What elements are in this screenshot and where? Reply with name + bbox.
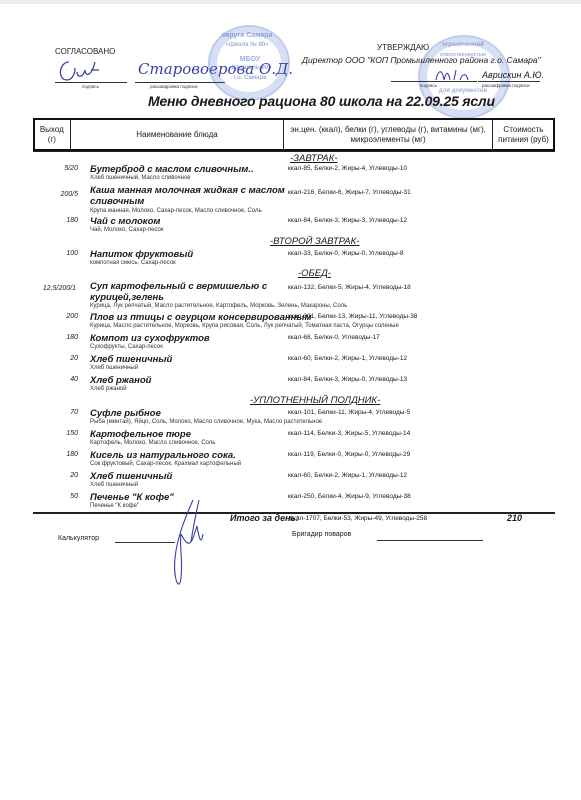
item-ingredients: Печенье "К кофе" — [90, 503, 139, 509]
item-ingredients: Хлеб ржаной — [90, 386, 127, 392]
item-name: Хлеб пшеничный — [90, 354, 320, 365]
item-ingredients: Хлеб пшеничный, Масло сливочное — [90, 175, 191, 181]
document-title: Меню дневного рациона 80 школа на 22.09.… — [148, 93, 495, 109]
item-nutrition: ккал-60, Белки-2, Жиры-1, Углеводы-12 — [288, 472, 407, 479]
chef-signature-line — [377, 540, 483, 541]
item-output: 70 — [30, 409, 78, 416]
item-ingredients: Картофель, Молоко, Масло сливочное, Соль — [90, 440, 215, 446]
item-nutrition: ккал-132, Белки-5, Жиры-4, Углеводы-18 — [288, 284, 411, 291]
name-caption-right: расшифровка подписи — [482, 83, 529, 88]
item-name: Напиток фруктовый — [90, 249, 320, 260]
section-title-afternoon-snack: -УПЛОТНЕННЫЙ ПОЛДНИК- — [250, 395, 380, 406]
item-output: 50 — [30, 493, 78, 500]
item-nutrition: ккал-216, Белки-6, Жиры-7, Углеводы-31 — [288, 189, 411, 196]
item-ingredients: компотная смесь, Сахар-песок — [90, 260, 176, 266]
page-top-edge — [0, 0, 581, 4]
item-name: Компот из сухофруктов — [90, 333, 320, 344]
item-output: 100 — [30, 250, 78, 257]
item-name: Каша манная молочная жидкая с маслом сли… — [90, 185, 320, 207]
item-name: Чай с молоком — [90, 216, 320, 227]
school-stamp-text-2: «Школа № 80» — [212, 42, 282, 48]
item-ingredients: Курица, Лук репчатый, Масло растительное… — [90, 303, 347, 309]
name-caption-left: расшифровка подписи — [150, 84, 197, 89]
item-ingredients: Крупа манная, Молоко, Сахар-песок, Масло… — [90, 208, 262, 214]
item-name: Хлеб пшеничный — [90, 471, 320, 482]
name-line-right — [478, 81, 540, 82]
item-name: Бутерброд с маслом сливочным.. — [90, 164, 320, 175]
totals-label: Итого за день: — [230, 513, 299, 523]
header-output: Выход (г) — [34, 119, 71, 152]
item-nutrition: ккал-60, Белки-2, Жиры-1, Углеводы-12 — [288, 355, 407, 362]
signature-line-right — [391, 81, 477, 82]
item-nutrition: ккал-84, Белки-3, Жиры-0, Углеводы-13 — [288, 376, 407, 383]
section-title-breakfast: -ЗАВТРАК- — [290, 153, 338, 164]
calculator-label: Калькулятор — [58, 535, 99, 542]
menu-header-table: Выход (г) Наименование блюда эн.цен. (кк… — [33, 118, 555, 152]
item-output: 180 — [30, 217, 78, 224]
company-stamp-text-1: ограниченной — [425, 42, 501, 48]
director-name: Аврискин А.Ю. — [482, 70, 544, 80]
item-nutrition: ккал-114, Белки-3, Жиры-5, Углеводы-14 — [288, 430, 410, 437]
item-nutrition: ккал-119, Белки-0, Жиры-0, Углеводы-29 — [288, 451, 410, 458]
name-line-left — [135, 82, 225, 83]
totals-cost: 210 — [507, 513, 522, 523]
approval-left-heading: СОГЛАСОВАНО — [55, 47, 115, 56]
header-dish-name: Наименование блюда — [70, 119, 284, 152]
signature-caption-left: подпись — [82, 84, 99, 89]
item-ingredients: Сок фруктовый, Сахар-песок, Крахмал карт… — [90, 461, 241, 467]
item-nutrition: ккал-68, Белки-0, Углеводы-17 — [288, 334, 380, 341]
school-stamp-text-4: «Школа № 80» — [222, 65, 278, 71]
approval-right-heading: УТВЕРЖДАЮ — [377, 43, 429, 52]
item-nutrition: ккал-84, Белки-3, Жиры-3, Углеводы-12 — [288, 217, 407, 224]
item-output: 180 — [30, 451, 78, 458]
signature-line-left — [55, 82, 127, 83]
item-name: Суфле рыбное — [90, 408, 320, 419]
item-name: Кисель из натурального сока. — [90, 450, 320, 461]
item-ingredients: Сухофрукты, Сахар-песок — [90, 344, 163, 350]
header-cost: Стоимость питания (руб) — [492, 119, 554, 152]
school-stamp-text-3: МБОУ — [225, 56, 275, 63]
totals-nutrition: ккал-1707, Белки-53, Жиры-49, Углеводы-2… — [290, 515, 427, 522]
item-nutrition: ккал-301, Белки-13, Жиры-11, Углеводы-38 — [288, 313, 417, 320]
item-ingredients: Курица, Масло растительное, Морковь, Кру… — [90, 323, 399, 329]
item-ingredients: Чай, Молоко, Сахар-песок — [90, 227, 164, 233]
signature-caption-right: подпись — [420, 83, 437, 88]
chef-label: Бригадир поваров — [292, 531, 351, 538]
item-name: Хлеб ржаной — [90, 375, 320, 386]
item-name: Плов из птицы с огурцом консервированным — [90, 312, 290, 323]
school-stamp-text-1: округа Самара — [212, 32, 282, 39]
item-output: 200 — [30, 313, 78, 320]
item-output: 12,5/200/1 — [26, 284, 76, 293]
director-position: Директор ООО "КОП Промышленного района г… — [302, 55, 541, 65]
item-output: 20 — [30, 472, 78, 479]
item-name: Картофельное пюре — [90, 429, 320, 440]
item-output: 5/20 — [30, 165, 78, 172]
item-nutrition: ккал-85, Белки-2, Жиры-4, Углеводы-10 — [288, 165, 407, 172]
item-ingredients: Хлеб пшеничный — [90, 365, 138, 371]
item-output: 180 — [30, 334, 78, 341]
item-nutrition: ккал-33, Белки-0, Жиры-0, Углеводы-8 — [288, 250, 403, 257]
school-stamp-text-5: г.о. Самара — [222, 75, 278, 81]
item-ingredients: Рыба (минтай), Яйцо, Соль, Молоко, Масло… — [90, 419, 322, 425]
item-name: Суп картофельный с вермишелью с курицей,… — [90, 281, 320, 303]
item-output: 150 — [30, 430, 78, 437]
section-title-lunch: -ОБЕД- — [298, 268, 331, 279]
item-ingredients: Хлеб пшеничный — [90, 482, 138, 488]
item-output: 40 — [30, 376, 78, 383]
section-title-second-breakfast: -ВТОРОЙ ЗАВТРАК- — [270, 236, 359, 247]
item-nutrition: ккал-250, Белки-4, Жиры-9, Углеводы-38 — [288, 493, 411, 500]
item-output: 200/5 — [30, 191, 78, 198]
item-nutrition: ккал-101, Белки-11, Жиры-4, Углеводы-5 — [288, 409, 410, 416]
item-output: 20 — [30, 355, 78, 362]
header-nutrition: эн.цен. (ккал), белки (г), углеводы (г),… — [284, 119, 493, 152]
calculator-signature-icon — [155, 498, 215, 598]
